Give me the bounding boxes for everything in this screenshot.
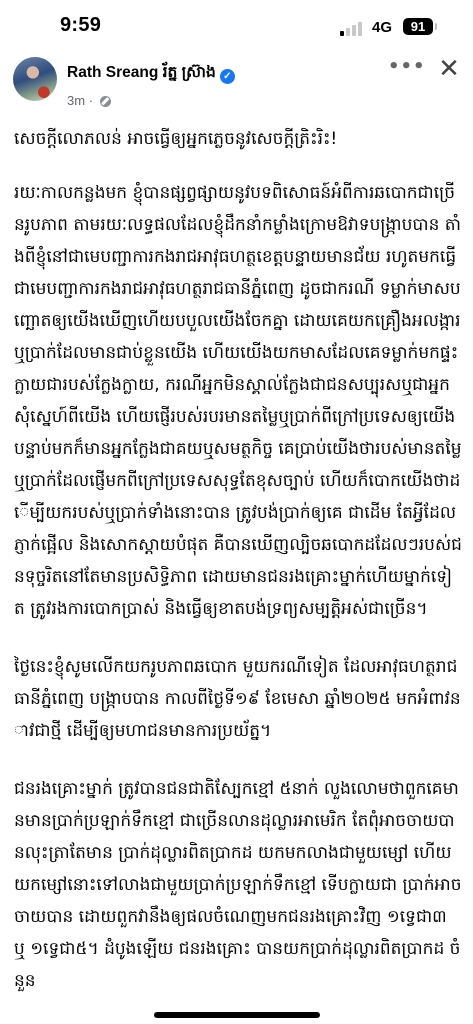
- post-body: សេចក្តីលោភលន់ អាចធ្វើឲ្យអ្នកភ្លេចនូវសេចក…: [14, 123, 462, 1023]
- post-meta: 3m ·: [67, 93, 111, 108]
- author-name: Rath Sreang រ័ត្ន ស្រ៊ាង: [67, 64, 216, 81]
- status-bar: 9:59 4G 91: [0, 0, 473, 50]
- meta-separator: ·: [89, 93, 93, 108]
- post-header: Rath Sreang រ័ត្ន ស្រ៊ាង✓ 3m · ••• ✕: [0, 56, 473, 116]
- post-paragraph: ជនរងគ្រោះម្នាក់ ត្រូវបានជនជាតិស្បែកខ្មៅ …: [14, 773, 462, 997]
- network-type: 4G: [372, 19, 392, 36]
- home-indicator[interactable]: [154, 1012, 320, 1018]
- status-time: 9:59: [60, 14, 101, 37]
- globe-icon: [100, 96, 111, 107]
- post-paragraph: រយៈកាលកន្លងមក ខ្ញុំបានផ្សព្វផ្សាយនូវបទពិ…: [14, 177, 462, 625]
- battery-tip: [435, 23, 437, 30]
- battery-icon: 91: [403, 18, 433, 35]
- post-paragraph: ថ្ងៃនេះខ្ញុំសូមលើកយករូបភាពឆបោក មួយករណីទៀ…: [14, 651, 462, 747]
- avatar[interactable]: [13, 57, 57, 101]
- signal-icon: [340, 22, 366, 36]
- more-options-button[interactable]: •••: [388, 62, 414, 76]
- post-headline: សេចក្តីលោភលន់ អាចធ្វើឲ្យអ្នកភ្លេចនូវសេចក…: [14, 123, 462, 155]
- author-name-link[interactable]: Rath Sreang រ័ត្ន ស្រ៊ាង✓: [67, 62, 235, 85]
- post-timestamp[interactable]: 3m: [67, 93, 85, 108]
- verified-badge-icon: ✓: [220, 69, 235, 84]
- close-button[interactable]: ✕: [436, 56, 462, 82]
